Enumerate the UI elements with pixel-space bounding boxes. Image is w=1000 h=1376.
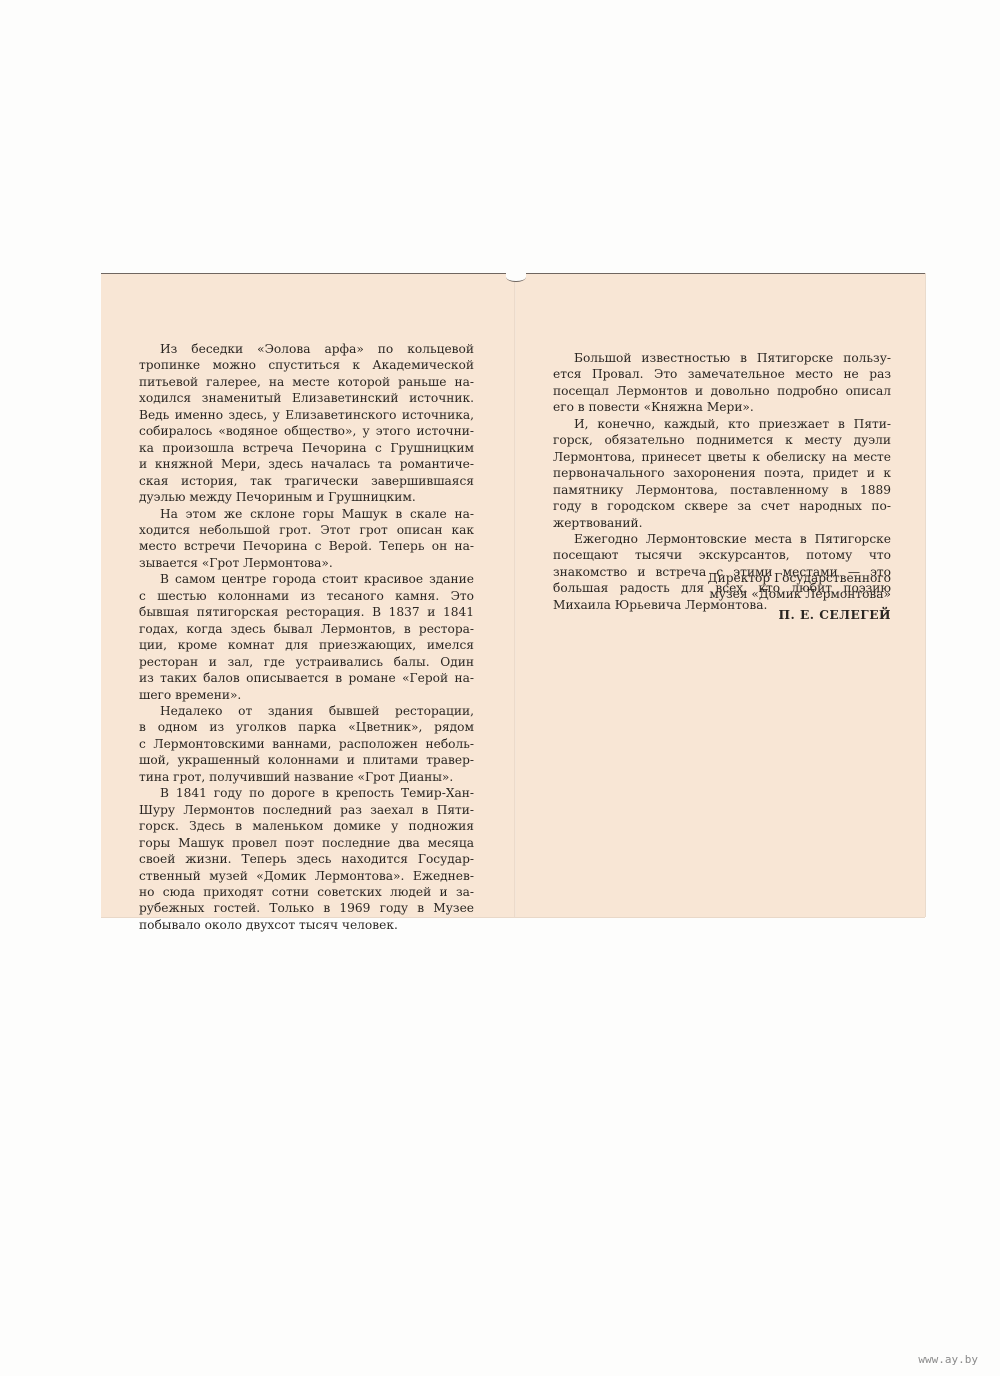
text-line: посещают тысячи экскурсантов, потому что — [553, 547, 891, 563]
text-line: На этом же склоне горы Машук в скале на- — [139, 506, 474, 522]
text-line: Ведь именно здесь, у Елизаветинского ист… — [139, 407, 474, 423]
text-line: жертвований. — [553, 515, 891, 531]
text-line: Из беседки «Эолова арфа» по кольцевой — [139, 341, 474, 357]
paragraph: Из беседки «Эолова арфа» по кольцевойтро… — [139, 341, 474, 506]
text-line: Ежегодно Лермонтовские места в Пятигорск… — [553, 531, 891, 547]
text-line: дуэлью между Печориным и Грушницким. — [139, 489, 474, 505]
text-line: тропинке можно спуститься к Академическо… — [139, 357, 474, 373]
signature-title: Директор Государственного — [553, 570, 891, 586]
text-line: годах, когда здесь бывал Лермонтов, в ре… — [139, 621, 474, 637]
text-line: бывшая пятигорская ресторация. В 1837 и … — [139, 604, 474, 620]
fold-notch — [506, 272, 526, 282]
text-line: ственный музей «Домик Лермонтова». Ежедн… — [139, 868, 474, 884]
text-line: шего времени». — [139, 687, 474, 703]
paragraph: И, конечно, каждый, кто приезжает в Пяти… — [553, 416, 891, 531]
text-line: памятнику Лермонтова, поставленному в 18… — [553, 482, 891, 498]
watermark: www.ay.by — [918, 1353, 978, 1366]
text-line: В 1841 году по дороге в крепость Темир-Х… — [139, 785, 474, 801]
text-line: горск. Здесь в маленьком домике у поднож… — [139, 818, 474, 834]
paragraph: В самом центре города стоит красивое зда… — [139, 571, 474, 703]
text-line: ется Провал. Это замечательное место не … — [553, 366, 891, 382]
text-line: и княжной Мери, здесь началась та романт… — [139, 456, 474, 472]
text-line: ская история, так трагически завершившая… — [139, 473, 474, 489]
paragraph: Недалеко от здания бывшей ресторации,в о… — [139, 703, 474, 785]
left-page-text: Из беседки «Эолова арфа» по кольцевойтро… — [139, 341, 474, 933]
text-line: но сюда приходят сотни советских людей и… — [139, 884, 474, 900]
text-line: ка произошла встреча Печорина с Грушницк… — [139, 440, 474, 456]
text-line: побывало около двухсот тысяч человек. — [139, 917, 474, 933]
text-line: Лермонтова, принесет цветы к обелиску на… — [553, 449, 891, 465]
text-line: из таких балов описывается в романе «Гер… — [139, 670, 474, 686]
booklet-spread: Из беседки «Эолова арфа» по кольцевойтро… — [101, 273, 925, 917]
text-line: своей жизни. Теперь здесь находится Госу… — [139, 851, 474, 867]
text-line: горск, обязательно поднимется к месту ду… — [553, 432, 891, 448]
text-line: место встречи Печорина с Верой. Теперь о… — [139, 538, 474, 554]
text-line: первоначального захоронения поэта, приде… — [553, 465, 891, 481]
text-line: собиралось «водяное общество», у этого и… — [139, 423, 474, 439]
text-line: ходился знаменитый Елизаветинский источн… — [139, 390, 474, 406]
text-line: И, конечно, каждый, кто приезжает в Пяти… — [553, 416, 891, 432]
text-line: ресторан и зал, где устраивались балы. О… — [139, 654, 474, 670]
paragraph: В 1841 году по дороге в крепость Темир-Х… — [139, 785, 474, 933]
text-line: году в городском сквере за счет народных… — [553, 498, 891, 514]
signature-name: П. Е. СЕЛЕГЕЙ — [553, 607, 891, 623]
text-line: посещал Лермонтов и довольно подробно оп… — [553, 383, 891, 399]
text-line: Недалеко от здания бывшей ресторации, — [139, 703, 474, 719]
paragraph: На этом же склоне горы Машук в скале на-… — [139, 506, 474, 572]
text-line: с шестью колоннами из тесаного камня. Эт… — [139, 588, 474, 604]
text-line: горы Машук провел поэт последние два мес… — [139, 835, 474, 851]
text-line: питьевой галерее, на месте которой раньш… — [139, 374, 474, 390]
paragraph: Большой известностью в Пятигорске пользу… — [553, 350, 891, 416]
text-line: Шуру Лермонтов последний раз заехал в Пя… — [139, 802, 474, 818]
signature-block: Директор Государственного музея «Домик Л… — [553, 570, 891, 623]
text-line: с Лермонтовскими ваннами, расположен неб… — [139, 736, 474, 752]
text-line: ходится небольшой грот. Этот грот описан… — [139, 522, 474, 538]
text-line: его в повести «Княжна Мери». — [553, 399, 891, 415]
text-line: ции, кроме комнат для приезжающих, имелс… — [139, 637, 474, 653]
center-fold — [514, 274, 516, 917]
text-line: шой, украшенный колоннами и плитами трав… — [139, 752, 474, 768]
signature-museum: музея «Домик Лермонтова» — [553, 586, 891, 602]
text-line: зывается «Грот Лермонтова». — [139, 555, 474, 571]
text-line: в одном из уголков парка «Цветник», рядо… — [139, 719, 474, 735]
text-line: тина грот, получивший название «Грот Диа… — [139, 769, 474, 785]
text-line: Большой известностью в Пятигорске пользу… — [553, 350, 891, 366]
text-line: рубежных гостей. Только в 1969 году в Му… — [139, 900, 474, 916]
text-line: В самом центре города стоит красивое зда… — [139, 571, 474, 587]
